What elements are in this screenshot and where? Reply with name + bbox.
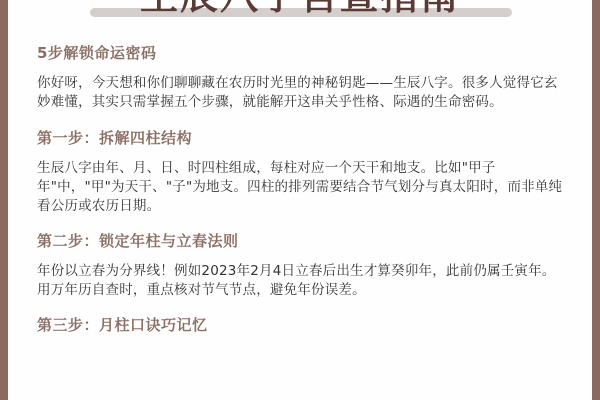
page-title: 生辰八字自查指南 [8, 0, 592, 18]
section-body: 生辰八字由年、月、日、时四柱组成，每柱对应一个天干和地支。比如"甲子年"中，"甲… [37, 159, 567, 216]
section-step-3: 第三步：月柱口诀巧记忆 [37, 314, 567, 336]
section-step-1: 第一步：拆解四柱结构 生辰八字由年、月、日、时四柱组成，每柱对应一个天干和地支。… [37, 127, 567, 216]
article-content: 5步解锁命运密码 你好呀，今天想和你们聊聊藏在农历时光里的神秘钥匙——生辰八字。… [37, 42, 567, 346]
section-heading: 5步解锁命运密码 [37, 42, 567, 64]
section-body: 你好呀，今天想和你们聊聊藏在农历时光里的神秘钥匙——生辰八字。很多人觉得它玄妙难… [37, 74, 567, 112]
section-heading: 第一步：拆解四柱结构 [37, 127, 567, 149]
right-border [592, 0, 600, 400]
section-body: 年份以立春为分界线！例如2023年2月4日立春后出生才算癸卯年，此前仍属壬寅年。… [37, 262, 567, 300]
section-intro: 5步解锁命运密码 你好呀，今天想和你们聊聊藏在农历时光里的神秘钥匙——生辰八字。… [37, 42, 567, 112]
section-heading: 第三步：月柱口诀巧记忆 [37, 314, 567, 336]
document-page: 生辰八字自查指南 5步解锁命运密码 你好呀，今天想和你们聊聊藏在农历时光里的神秘… [8, 0, 592, 400]
left-border [0, 0, 8, 400]
section-step-2: 第二步：锁定年柱与立春法则 年份以立春为分界线！例如2023年2月4日立春后出生… [37, 230, 567, 300]
section-heading: 第二步：锁定年柱与立春法则 [37, 230, 567, 252]
